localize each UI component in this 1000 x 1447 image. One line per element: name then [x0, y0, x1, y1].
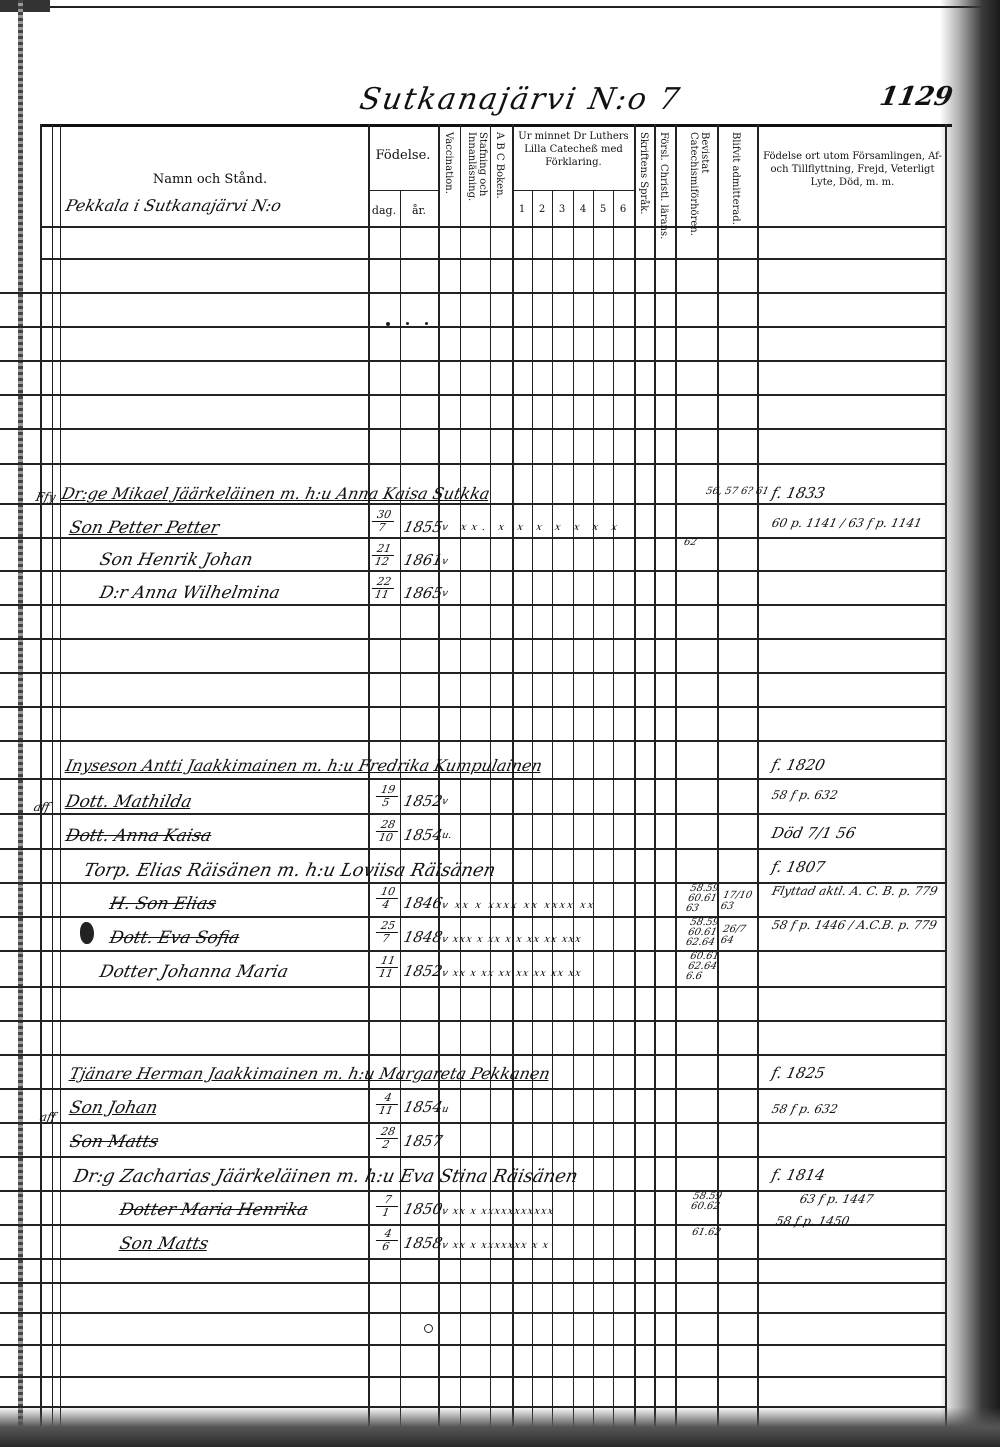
entry-birth-date: 195 [374, 784, 400, 808]
row-rule [0, 1156, 945, 1158]
row-rule [0, 360, 945, 362]
entry-marks: v xx. x x x x x x x [441, 522, 623, 533]
month: 4 [374, 899, 398, 911]
month: 11 [370, 589, 394, 601]
header-remarks: Födelse ort utom Församlingen, Af- och T… [760, 150, 945, 189]
entry-birth-date: 1111 [374, 955, 400, 979]
header-name-column: Namn och Stånd. [60, 172, 360, 189]
grid-vline [654, 124, 656, 1444]
grid-vline [634, 124, 636, 1444]
entry-name: Dr:g Zacharias Jäärkeläinen m. h:u Eva S… [72, 1166, 580, 1187]
scan-edge-rule [20, 6, 1000, 8]
entry-name: Inyseson Antti Jaakkimainen m. h:u Fredr… [64, 756, 544, 775]
grid-vline [532, 190, 533, 1444]
entry-marks: u. [441, 830, 453, 841]
entry-birth-year: 1854 [402, 826, 444, 844]
entry-name: Dott. Mathilda [64, 792, 194, 812]
entry-birth-date: 2112 [370, 543, 396, 567]
register-page: Sutkanajärvi N:o 7 1129 Namn och Stånd. … [0, 0, 1000, 1447]
birth-subrule [368, 190, 438, 191]
month: 12 [370, 556, 394, 568]
row-rule [0, 570, 945, 572]
margin-note: aff [33, 800, 52, 814]
day: 22 [372, 576, 396, 589]
scan-edge-bottom [0, 1407, 1000, 1447]
row-rule [0, 394, 945, 396]
entry-hearings: 60.61 62.64 6.6 [685, 952, 719, 982]
entry-birth-year: 1854 [402, 1098, 444, 1116]
entry-marks: v [441, 588, 449, 599]
entry-remarks: 58 f p. 1450 [775, 1214, 851, 1228]
grid-vline [52, 124, 53, 1444]
entry-name: Son Petter Petter [68, 518, 221, 538]
entry-birth-date: 71 [374, 1194, 400, 1218]
entry-birth-year: 1855 [402, 518, 444, 536]
entry-birth-date: 282 [374, 1126, 400, 1150]
row-rule [0, 706, 945, 708]
month: 2 [374, 1139, 398, 1151]
ink-dot [386, 322, 390, 326]
entry-birth-year: 1861 [402, 551, 444, 569]
title-rule [40, 124, 952, 127]
entry-hearings: 61.62 [691, 1228, 717, 1238]
catechism-part-5: 5 [594, 204, 612, 215]
row-rule [0, 986, 945, 988]
entry-marks: v xx x xxxx xx xxxx xx [441, 900, 597, 911]
header-catechism: Ur minnet Dr Luthers Lilla Catecheß med … [513, 130, 634, 169]
household-heading: Pekkala i Sutkanajärvi N:o [64, 196, 283, 215]
row-rule [0, 1344, 945, 1346]
entry-name: Son Henrik Johan [98, 550, 255, 570]
grid-vline [675, 124, 677, 1444]
margin-note: aff [39, 1110, 58, 1124]
margin-note: Ffy [35, 490, 58, 504]
entry-birth-date: 257 [374, 920, 400, 944]
ink-ring [424, 1324, 433, 1333]
entry-name: H. Son Elias [108, 894, 218, 914]
grid-vline [593, 190, 594, 1444]
row-rule [40, 258, 945, 260]
row-rule [0, 463, 945, 465]
row-rule [0, 428, 945, 430]
entry-name: Torp. Elias Räisänen m. h:u Loviisa Räis… [82, 860, 498, 881]
entry-birth-date: 46 [374, 1228, 400, 1252]
entry-birth-date: 307 [370, 509, 396, 533]
entry-birth-year: 1857 [402, 1132, 444, 1150]
grid-vline [757, 124, 759, 1444]
entry-marks: v xxx x xx x x xx xx xxx [441, 934, 583, 945]
header-communion: Blifvit admitterad. [730, 132, 741, 225]
row-rule [0, 950, 945, 952]
grid-vline [40, 124, 42, 1444]
grid-vline [400, 190, 401, 1444]
entry-name: D:r Anna Wilhelmina [98, 583, 282, 603]
header-christian-doctrine: Försl. Christl. lärans. [658, 132, 669, 239]
catechism-part-6: 6 [614, 204, 632, 215]
row-rule [0, 638, 945, 640]
entry-marks: v [441, 556, 449, 567]
entry-name: Son Johan [68, 1098, 160, 1118]
ink-dot [425, 322, 428, 325]
row-rule [0, 1020, 945, 1022]
grid-vline [60, 124, 61, 1444]
header-birth-year: år. [400, 204, 438, 218]
month: 11 [374, 968, 398, 980]
entry-admitted: 26/7 64 [720, 924, 759, 946]
catechism-part-3: 3 [553, 204, 571, 215]
header-birth-day: dag. [368, 204, 400, 218]
day: 19 [376, 784, 400, 797]
entry-hearings: 56, 57 6? 61 [705, 486, 770, 497]
entry-name: Dott. Eva Sofia [108, 928, 242, 948]
row-rule [0, 604, 945, 606]
entry-birth-date: 411 [374, 1092, 400, 1116]
entry-remarks: f. 1807 [770, 858, 827, 876]
entry-birth-year: 1858 [402, 1234, 444, 1252]
entry-remarks: Död 7/1 56 [770, 824, 857, 842]
day: 28 [376, 1126, 400, 1139]
entry-remarks: Flyttad aktl. A. C. B. p. 779 [770, 884, 943, 900]
entry-remarks: 63 f p. 1447 [799, 1192, 875, 1206]
month: 5 [374, 797, 398, 809]
entry-remarks: 58 f p. 632 [771, 1102, 840, 1116]
row-rule [0, 1312, 945, 1314]
entry-remarks: 60 p. 1141 / 63 f p. 1141 [771, 516, 944, 530]
catechism-subrule [512, 190, 634, 191]
day: 4 [376, 1228, 400, 1241]
row-rule [0, 672, 945, 674]
entry-marks: v [441, 796, 449, 807]
row-rule [0, 848, 945, 850]
day: 7 [376, 1194, 400, 1207]
entry-hearings: 58.59 60.61 63 [685, 884, 719, 914]
row-rule [0, 1282, 945, 1284]
entry-name: Son Matts [118, 1234, 210, 1254]
entry-name: Son Matts [68, 1132, 160, 1152]
header-reading: Stafning och Innanläsning. [464, 132, 488, 222]
day: 4 [376, 1092, 400, 1105]
entry-name: Tjänare Herman Jaakkimainen m. h:u Marga… [68, 1064, 552, 1083]
scan-corner [0, 0, 50, 12]
entry-remarks: f. 1825 [770, 1064, 827, 1082]
entry-remarks: f. 1814 [770, 1166, 827, 1184]
entry-remarks: 58 f p. 632 [771, 788, 840, 802]
month: 11 [374, 1105, 398, 1117]
entry-birth-date: 104 [374, 886, 400, 910]
day: 10 [376, 886, 400, 899]
scan-edge-right [940, 0, 1000, 1447]
day: 25 [376, 920, 400, 933]
day: 30 [372, 509, 396, 522]
page-binding [18, 0, 23, 1447]
grid-vline [573, 190, 574, 1444]
entry-admitted: 17/10 63 [720, 890, 759, 912]
row-rule [0, 1088, 945, 1090]
entry-birth-year: 1852 [402, 962, 444, 980]
grid-vline [368, 124, 370, 1444]
row-rule [0, 1258, 945, 1260]
month: 1 [374, 1207, 398, 1219]
ink-blot [80, 922, 94, 944]
entry-hearings: 58.59 60.62 [690, 1192, 718, 1212]
entry-remarks: 58 f p. 1446 / A.C.B. p. 779 [770, 918, 943, 934]
row-rule [0, 503, 945, 505]
row-rule [0, 292, 945, 294]
entry-birth-year: 1848 [402, 928, 444, 946]
entry-marks: u [441, 1104, 450, 1115]
day: 11 [376, 955, 400, 968]
entry-birth-date: 2810 [374, 819, 400, 843]
entry-hearings: 62 [683, 537, 698, 548]
entry-name: Dr:ge Mikael Jäärkeläinen m. h:u Anna Ka… [60, 484, 492, 503]
row-rule [0, 1376, 945, 1378]
catechism-part-4: 4 [574, 204, 592, 215]
row-rule [0, 1054, 945, 1056]
catechism-part-1: 1 [513, 204, 531, 215]
entry-marks: v xx x xx xx xx xx xx xx [441, 968, 583, 979]
entry-marks: v xx x xxxxxxxxxxx [441, 1206, 555, 1217]
grid-vline [613, 190, 614, 1444]
entry-hearings: 58.59 60.61 62.64 [685, 918, 719, 948]
month: 10 [374, 832, 398, 844]
entry-birth-year: 1852 [402, 792, 444, 810]
header-birth: Födelse. [368, 148, 438, 165]
entry-birth-year: 1846 [402, 894, 444, 912]
entry-birth-year: 1850 [402, 1200, 444, 1218]
month: 7 [370, 522, 394, 534]
day: 28 [376, 819, 400, 832]
entry-birth-year: 1865 [402, 584, 444, 602]
catechism-part-2: 2 [533, 204, 551, 215]
grid-vline [717, 124, 719, 1444]
row-rule [0, 778, 945, 780]
header-bottom-rule [40, 226, 945, 228]
header-abc: A B C Boken. [494, 132, 505, 199]
entry-remarks: f. 1820 [770, 756, 827, 774]
header-catechism-hearings: Bevistat Catechismiförhören. [682, 132, 710, 222]
row-rule [0, 740, 945, 742]
page-title: Sutkanajärvi N:o 7 [357, 82, 684, 117]
entry-marks: v xx x xxxxxxx x x [441, 1240, 551, 1251]
row-rule [0, 1122, 945, 1124]
entry-birth-date: 2211 [370, 576, 396, 600]
ink-dot [406, 322, 409, 325]
month: 7 [374, 933, 398, 945]
entry-name: Dott. Anna Kaisa [64, 826, 213, 846]
entry-name: Dotter Johanna Maria [98, 962, 290, 982]
entry-remarks: f. 1833 [770, 484, 827, 502]
entry-name: Dotter Maria Henrika [118, 1200, 310, 1220]
header-scripture: Skriftens Språk. [638, 132, 649, 215]
day: 21 [372, 543, 396, 556]
row-rule [0, 813, 945, 815]
row-rule [0, 326, 945, 328]
grid-vline [552, 190, 553, 1444]
month: 6 [374, 1241, 398, 1253]
header-vaccination: Vaccination. [443, 132, 454, 194]
